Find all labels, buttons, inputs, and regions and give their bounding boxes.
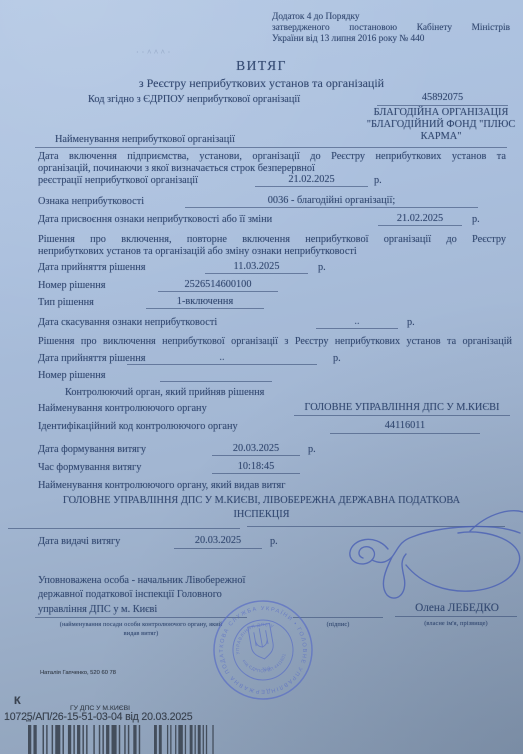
stamp-number: №9 [262, 666, 271, 673]
underline [294, 415, 510, 416]
underline [316, 328, 398, 329]
underline [212, 473, 300, 474]
authority-heading: Контролюючий орган, який прийняв рішення [65, 387, 264, 399]
field-decision-type-value: 1-включення [146, 296, 264, 308]
field-inclusion-label-3: реєстрації неприбуткової організації [38, 175, 198, 187]
field-exclusion-date-suffix: р. [333, 353, 341, 365]
field-issue-date-value: 20.03.2025 [174, 535, 262, 547]
field-authority-code-label: Ідентифікаційний код контролюючого орган… [38, 421, 238, 433]
field-cancellation-date-suffix: р. [407, 317, 415, 329]
underline [330, 433, 480, 434]
official-position-line-2: державної податкової інспекції Головного [38, 589, 222, 601]
underline [35, 147, 507, 148]
field-nonprofit-code-value: 0036 - благодійні організації; [185, 195, 478, 207]
exclusion-heading: Рішення про виключення неприбуткової орг… [38, 336, 512, 348]
inclusion-decision-heading-1: Рішення про включення, повторне включенн… [38, 234, 506, 246]
document-title: ВИТЯГ [0, 58, 523, 74]
field-inclusion-label-1: Дата включення підприємства, установи, о… [38, 151, 506, 163]
field-issuing-authority-label: Найменування контролюючого органу, який … [38, 480, 285, 492]
official-position-line-1: Уповноважена особа - начальник Лівобереж… [38, 575, 245, 587]
field-exclusion-date-value: .. [127, 352, 317, 364]
underline [212, 455, 300, 456]
field-exclusion-number-label: Номер рішення [38, 370, 105, 382]
field-extract-date-label: Дата формування витягу [38, 444, 146, 456]
field-extract-time-value: 10:18:45 [212, 461, 300, 473]
footer-mark: К [14, 695, 21, 708]
field-inclusion-value: 21.02.2025 [255, 174, 368, 186]
appendix-line-1: Додаток 4 до Порядку [272, 12, 360, 23]
underline [160, 381, 272, 382]
field-decision-date-label: Дата прийняття рішення [38, 262, 145, 274]
document-subtitle: з Реєстру неприбуткових установ та орган… [0, 76, 523, 90]
underline [174, 548, 262, 549]
field-authority-name-label: Найменування контролюючого органу [38, 403, 207, 415]
field-org-name-value-2: "БЛАГОДІЙНИЙ ФОНД "ПЛЮС [330, 119, 523, 131]
official-round-stamp: ДЕРЖАВНА ПОДАТКОВА СЛУЖБА УКРАЇНИ • ГОЛО… [208, 595, 318, 707]
field-decision-date-suffix: р. [318, 262, 326, 274]
official-position-line-3: управління ДПС у м. Києві [38, 604, 157, 616]
name-caption: (власне ім'я, прізвище) [395, 620, 517, 627]
underline [255, 186, 368, 187]
field-nonprofit-code-label: Ознака неприбутковості [38, 196, 144, 208]
field-cancellation-date-value: .. [316, 316, 398, 328]
field-decision-number-label: Номер рішення [38, 280, 105, 292]
field-org-name-value-1: БЛАГОДІЙНА ОРГАНІЗАЦІЯ [330, 107, 523, 119]
barcode [28, 725, 214, 754]
underline [378, 225, 462, 226]
field-authority-code-value: 44116011 [330, 420, 480, 432]
field-decision-type-label: Тип рішення [38, 297, 94, 309]
field-authority-name-value: ГОЛОВНЕ УПРАВЛІННЯ ДПС У М.КИЄВІ [294, 402, 510, 414]
footer-contact: Наталія Гапченко, 520 60 78 [40, 670, 116, 677]
field-cancellation-date-label: Дата скасування ознаки неприбутковості [38, 317, 217, 329]
underline [158, 291, 278, 292]
underline [185, 207, 478, 208]
underline [377, 105, 508, 106]
field-issue-date-suffix: р. [270, 536, 278, 548]
field-issue-date-label: Дата видачі витягу [38, 536, 120, 548]
faint-scan-mark: ··^^^· [136, 48, 173, 57]
underline [146, 308, 264, 309]
inclusion-decision-heading-2: неприбуткових установ та організацій або… [38, 246, 357, 258]
field-inclusion-suffix: р. [374, 175, 382, 187]
field-code-date-label: Дата присвоєння ознаки неприбутковості а… [38, 214, 272, 226]
field-code-date-value: 21.02.2025 [378, 213, 462, 225]
field-org-name-label: Найменування неприбуткової організації [55, 134, 235, 146]
field-edrpou-label: Код згідно з ЄДРПОУ неприбуткової органі… [88, 94, 300, 106]
field-decision-date-value: 11.03.2025 [205, 261, 308, 273]
field-extract-date-value: 20.03.2025 [212, 443, 300, 455]
handwritten-signature [320, 505, 523, 620]
field-edrpou-value: 45892075 [377, 92, 508, 104]
underline [205, 273, 308, 274]
underline [8, 528, 240, 529]
field-extract-date-suffix: р. [308, 444, 316, 456]
field-org-name-value-3: КАРМА" [330, 131, 523, 143]
field-decision-number-value: 2526514600100 [158, 279, 278, 291]
scanned-document-page: Додаток 4 до Порядку затвердженого поста… [0, 0, 523, 754]
footer-registration-number: 10725/АП/26-15-51-03-04 від 20.03.2025 [4, 711, 192, 724]
appendix-line-3: України від 13 липня 2016 року № 440 [272, 34, 424, 45]
underline [127, 364, 317, 365]
field-extract-time-label: Час формування витягу [38, 462, 141, 474]
appendix-line-2: затвердженого постановою Кабінету Мініст… [272, 23, 510, 34]
field-code-date-suffix: р. [472, 214, 480, 226]
